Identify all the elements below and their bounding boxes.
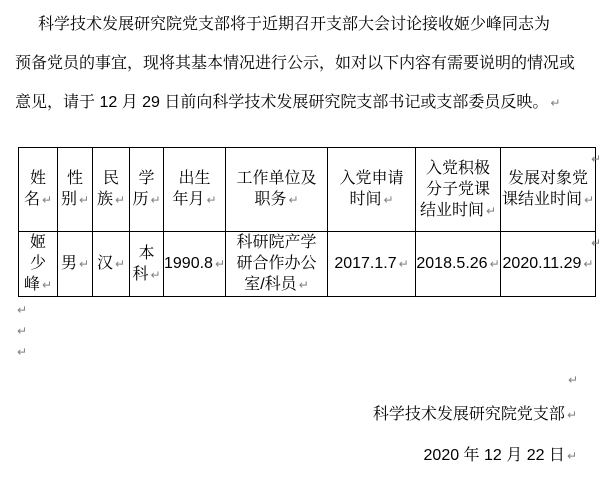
notice-paragraph: 科学技术发展研究院党支部将于近期召开支部大会讨论接收姬少峰同志为 预备党员的事宜… xyxy=(15,5,595,123)
cell-work-unit: 科研院产学 研合作办公 室/科员↵ xyxy=(226,232,328,297)
header-activist-completion-label: 入党积极 分子党课 结业时间 xyxy=(420,160,490,219)
signature-organization-text: 科学技术发展研究院党支部 xyxy=(373,406,565,423)
header-work-unit-label: 工作单位及 职务 xyxy=(236,170,316,208)
pilcrow-icon: ↵ xyxy=(399,257,409,271)
cell-activist-completion: 2018.5.26↵ xyxy=(416,232,501,297)
cell-birth-date-value: 1990.8 xyxy=(164,255,213,272)
pilcrow-icon: ↵ xyxy=(150,268,160,282)
signature-organization: 科学技术发展研究院党支部↵ xyxy=(373,404,577,426)
header-gender: 性 别↵ xyxy=(58,148,93,232)
pilcrow-icon: ↵ xyxy=(42,278,52,292)
signature-date: 2020 年 12 月 22 日↵ xyxy=(424,445,577,467)
cell-name: 姬 少 峰↵ xyxy=(19,232,58,297)
header-name: 姓 名↵ xyxy=(19,148,58,232)
cell-ethnicity: 汉↵ xyxy=(93,232,130,297)
notice-text: 科学技术发展研究院党支部将于近期召开支部大会讨论接收姬少峰同志为 预备党员的事宜… xyxy=(15,16,575,111)
empty-paragraph: ↵ xyxy=(17,341,27,362)
pilcrow-icon: ↵ xyxy=(206,193,216,207)
pilcrow-icon: ↵ xyxy=(584,193,594,207)
cell-application-time: 2017.1.7↵ xyxy=(328,232,416,297)
header-candidate-completion: 发展对象党 课结业时间↵ xyxy=(501,148,596,232)
empty-paragraph: ↵ xyxy=(17,299,27,320)
pilcrow-icon: ↵ xyxy=(568,373,578,387)
pilcrow-icon: ↵ xyxy=(17,345,27,359)
pilcrow-icon: ↵ xyxy=(288,193,298,207)
pilcrow-icon: ↵ xyxy=(591,233,601,253)
pilcrow-icon: ↵ xyxy=(567,449,577,463)
header-candidate-completion-label: 发展对象党 课结业时间 xyxy=(502,170,588,208)
pilcrow-icon: ↵ xyxy=(115,257,125,271)
header-education: 学 历↵ xyxy=(130,148,164,232)
header-birth-date-label: 出生 年月 xyxy=(172,170,210,208)
pilcrow-icon: ↵ xyxy=(383,193,393,207)
cell-birth-date: 1990.8↵ xyxy=(164,232,226,297)
pilcrow-icon: ↵ xyxy=(79,193,89,207)
pilcrow-icon: ↵ xyxy=(150,193,160,207)
pilcrow-icon: ↵ xyxy=(17,303,27,317)
cell-gender: 男↵ xyxy=(58,232,93,297)
header-birth-date: 出生 年月↵ xyxy=(164,148,226,232)
pilcrow-icon: ↵ xyxy=(79,257,89,271)
cell-ethnicity-value: 汉 xyxy=(97,255,113,272)
header-activist-completion: 入党积极 分子党课 结业时间↵ xyxy=(416,148,501,232)
empty-paragraph: ↵ xyxy=(17,320,27,341)
header-work-unit: 工作单位及 职务↵ xyxy=(226,148,328,232)
pilcrow-icon: ↵ xyxy=(299,278,309,292)
header-ethnicity: 民 族↵ xyxy=(93,148,130,232)
cell-application-time-value: 2017.1.7 xyxy=(334,255,396,272)
empty-paragraphs: ↵ ↵ ↵ xyxy=(17,299,27,362)
signature-date-text: 2020 年 12 月 22 日 xyxy=(424,447,565,464)
cell-activist-completion-value: 2018.5.26 xyxy=(416,255,487,272)
header-application-time-label: 入党申请 时间 xyxy=(339,170,403,208)
pilcrow-icon: ↵ xyxy=(567,408,577,422)
pilcrow-icon: ↵ xyxy=(591,149,601,169)
document-page: 科学技术发展研究院党支部将于近期召开支部大会讨论接收姬少峰同志为 预备党员的事宜… xyxy=(0,0,607,477)
pilcrow-icon: ↵ xyxy=(550,96,560,110)
cell-education: 本 科↵ xyxy=(130,232,164,297)
header-application-time: 入党申请 时间↵ xyxy=(328,148,416,232)
empty-paragraph: ↵ xyxy=(566,371,578,389)
pilcrow-icon: ↵ xyxy=(486,204,496,218)
cell-candidate-completion-value: 2020.11.29 xyxy=(503,255,582,272)
cell-candidate-completion: 2020.11.29↵ xyxy=(501,232,596,297)
pilcrow-icon: ↵ xyxy=(17,324,27,338)
table-data-row: 姬 少 峰↵ 男↵ 汉↵ 本 科↵ 1990.8↵ 科研院产学 研合作办公 室/… xyxy=(19,232,596,297)
table-header-row: 姓 名↵ 性 别↵ 民 族↵ 学 历↵ 出生 年月↵ 工作单位及 职务↵ 入党申… xyxy=(19,148,596,232)
pilcrow-icon: ↵ xyxy=(490,257,500,271)
pilcrow-icon: ↵ xyxy=(42,193,52,207)
pilcrow-icon: ↵ xyxy=(115,193,125,207)
candidate-info-table: 姓 名↵ 性 别↵ 民 族↵ 学 历↵ 出生 年月↵ 工作单位及 职务↵ 入党申… xyxy=(18,147,596,297)
pilcrow-icon: ↵ xyxy=(583,257,593,271)
pilcrow-icon: ↵ xyxy=(215,257,225,271)
cell-gender-value: 男 xyxy=(61,255,77,272)
